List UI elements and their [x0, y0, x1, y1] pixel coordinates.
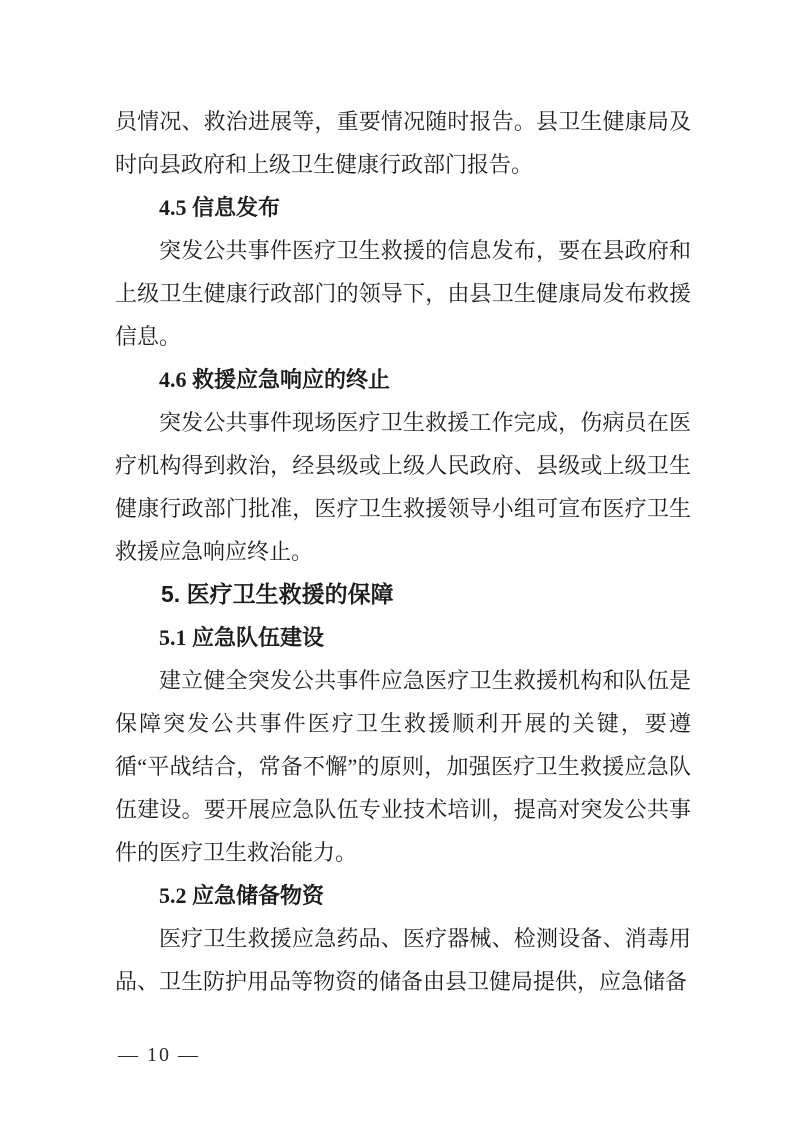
section-heading-5-2: 5.2 应急储备物资 [115, 874, 691, 917]
document-page: 员情况、救治进展等，重要情况随时报告。县卫生健康局及时向县政府和上级卫生健康行政… [0, 0, 800, 1130]
paragraph-emergency-supplies: 医疗卫生救援应急药品、医疗器械、检测设备、消毒用品、卫生防护用品等物资的储备由县… [115, 917, 691, 1003]
document-content: 员情况、救治进展等，重要情况随时报告。县卫生健康局及时向县政府和上级卫生健康行政… [115, 100, 691, 1003]
page-number: — 10 — [118, 1041, 200, 1069]
chapter-heading-5: 5. 医疗卫生救援的保障 [115, 573, 691, 616]
paragraph-continuation: 员情况、救治进展等，重要情况随时报告。县卫生健康局及时向县政府和上级卫生健康行政… [115, 100, 691, 186]
paragraph-info-release: 突发公共事件医疗卫生救援的信息发布，要在县政府和上级卫生健康行政部门的领导下，由… [115, 229, 691, 358]
section-heading-4-5: 4.5 信息发布 [115, 186, 691, 229]
paragraph-response-termination: 突发公共事件现场医疗卫生救援工作完成，伤病员在医疗机构得到救治，经县级或上级人民… [115, 401, 691, 573]
section-heading-4-6: 4.6 救援应急响应的终止 [115, 358, 691, 401]
paragraph-team-building: 建立健全突发公共事件应急医疗卫生救援机构和队伍是保障突发公共事件医疗卫生救援顺利… [115, 659, 691, 874]
section-heading-5-1: 5.1 应急队伍建设 [115, 616, 691, 659]
